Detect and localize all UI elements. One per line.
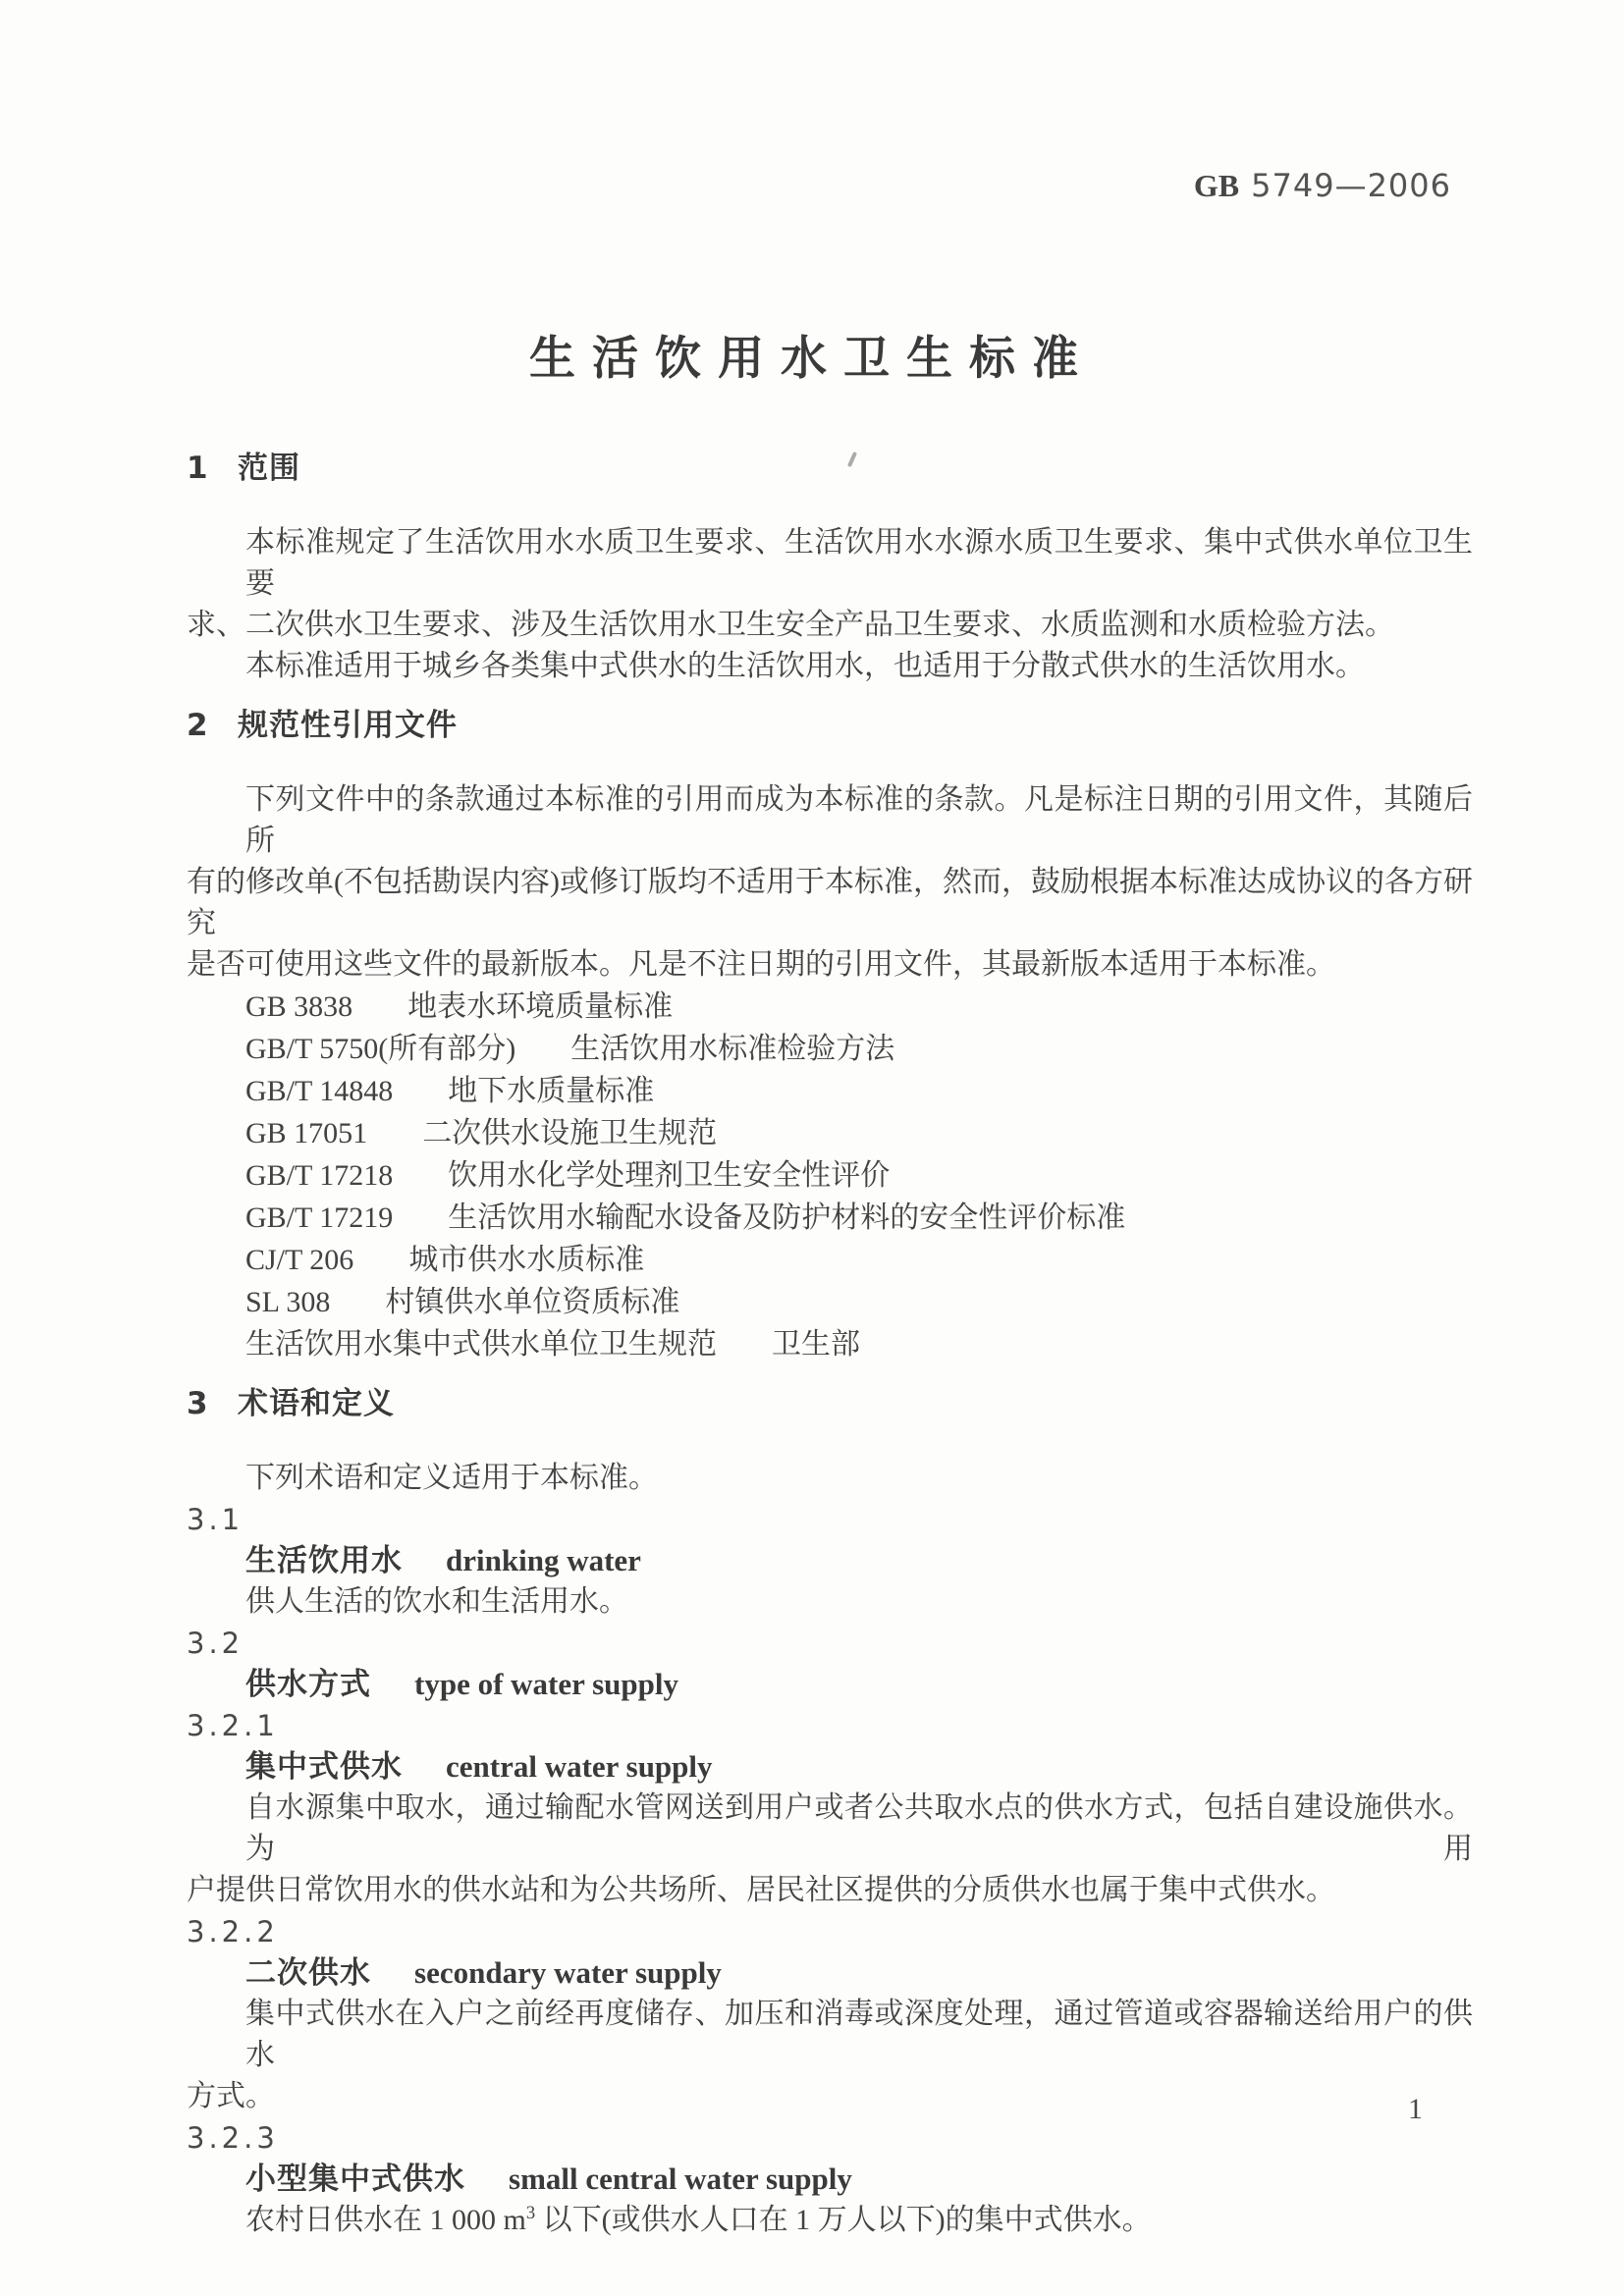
reference-item: CJ/T 206城市供水水质标准 <box>187 1239 1473 1281</box>
reference-name: 地下水质量标准 <box>448 1075 654 1107</box>
reference-code: 生活饮用水集中式供水单位卫生规范 <box>245 1328 717 1361</box>
reference-code: CJ/T 206 <box>245 1244 353 1276</box>
term-definition-heading: 二次供水secondary water supply <box>187 1952 1473 1994</box>
reference-code: GB/T 17219 <box>245 1201 393 1234</box>
reference-name: 二次供水设施卫生规范 <box>422 1117 717 1149</box>
reference-name: 城市供水水质标准 <box>408 1244 644 1276</box>
clause-number: 3.1 <box>187 1499 1473 1540</box>
reference-item: GB 3838地表水环境质量标准 <box>187 986 1473 1028</box>
clause-number: 3.2.2 <box>187 1911 1473 1952</box>
document-page: GB5749—2006 生活饮用水卫生标准 1范围本标准规定了生活饮用水水质卫生… <box>0 0 1624 2296</box>
superscript: 3 <box>526 2203 535 2223</box>
section-heading: 1范围 <box>187 448 1473 489</box>
reference-item: SL 308村镇供水单位资质标准 <box>187 1281 1473 1323</box>
section-title: 术语和定义 <box>238 1386 395 1421</box>
term-chinese: 生活饮用水 <box>245 1543 403 1578</box>
term-chinese: 二次供水 <box>245 1955 371 1991</box>
clause-number: 3.2.1 <box>187 1705 1473 1746</box>
clause-number: 3.2.3 <box>187 2117 1473 2159</box>
reference-item: GB 17051二次供水设施卫生规范 <box>187 1112 1473 1154</box>
paragraph-line: 集中式供水在入户之前经再度储存、加压和消毒或深度处理，通过管道或容器输送给用户的… <box>187 1994 1473 2076</box>
reference-code: GB 17051 <box>245 1117 367 1149</box>
term-chinese: 供水方式 <box>245 1667 371 1702</box>
section-heading: 2规范性引用文件 <box>187 705 1473 746</box>
paragraph-line: 下列术语和定义适用于本标准。 <box>187 1458 1473 1499</box>
term-definition-heading: 供水方式type of water supply <box>187 1664 1473 1705</box>
term-english: drinking water <box>446 1543 641 1577</box>
section-number: 3 <box>187 1383 238 1424</box>
reference-name: 地表水环境质量标准 <box>407 990 673 1023</box>
reference-code: GB 3838 <box>245 990 352 1023</box>
clause-number: 3.2 <box>187 1623 1473 1664</box>
paragraph-line: 户提供日常饮用水的供水站和为公共场所、居民社区提供的分质供水也属于集中式供水。 <box>187 1870 1473 1911</box>
reference-item: GB/T 17218饮用水化学处理剂卫生安全性评价 <box>187 1154 1473 1197</box>
term-chinese: 小型集中式供水 <box>245 2162 465 2197</box>
term-definition-heading: 集中式供水central water supply <box>187 1746 1473 1788</box>
reference-code: GB/T 17218 <box>245 1159 393 1192</box>
reference-name: 生活饮用水输配水设备及防护材料的安全性评价标准 <box>448 1201 1125 1234</box>
paragraph: 本标准规定了生活饮用水水质卫生要求、生活饮用水水源水质卫生要求、集中式供水单位卫… <box>187 522 1473 646</box>
reference-item: GB/T 5750(所有部分)生活饮用水标准检验方法 <box>187 1028 1473 1070</box>
paragraph-line: 下列文件中的条款通过本标准的引用而成为本标准的条款。凡是标注日期的引用文件，其随… <box>187 779 1473 862</box>
reference-name: 卫生部 <box>772 1328 860 1361</box>
paragraph-line: 农村日供水在 1 000 m3 以下(或供水人口在 1 万人以下)的集中式供水。 <box>187 2200 1473 2241</box>
paragraph-line: 本标准适用于城乡各类集中式供水的生活饮用水，也适用于分散式供水的生活饮用水。 <box>187 646 1473 687</box>
paragraph-line: 自水源集中取水，通过输配水管网送到用户或者公共取水点的供水方式，包括自建设施供水… <box>187 1788 1473 1870</box>
reference-code: GB/T 14848 <box>245 1075 393 1107</box>
reference-code: SL 308 <box>245 1286 330 1318</box>
section-number: 1 <box>187 448 238 489</box>
paragraph-line: 求、二次供水卫生要求、涉及生活饮用水卫生安全产品卫生要求、水质监测和水质检验方法… <box>187 605 1473 646</box>
doc-code-number: 5749—2006 <box>1251 167 1451 204</box>
term-definition-heading: 生活饮用水drinking water <box>187 1540 1473 1581</box>
paragraph-line: 供人生活的饮水和生活用水。 <box>187 1581 1473 1623</box>
term-english: central water supply <box>446 1749 713 1784</box>
page-number: 1 <box>1408 2093 1423 2126</box>
section-number: 2 <box>187 705 238 746</box>
section-heading: 3术语和定义 <box>187 1383 1473 1424</box>
paragraph: 集中式供水在入户之前经再度储存、加压和消毒或深度处理，通过管道或容器输送给用户的… <box>187 1994 1473 2117</box>
paragraph-line: 有的修改单(不包括勘误内容)或修订版均不适用于本标准，然而，鼓励根据本标准达成协… <box>187 862 1473 944</box>
reference-item: GB/T 14848地下水质量标准 <box>187 1070 1473 1112</box>
reference-item: 生活饮用水集中式供水单位卫生规范卫生部 <box>187 1323 1473 1365</box>
reference-name: 饮用水化学处理剂卫生安全性评价 <box>448 1159 890 1192</box>
paragraph: 下列术语和定义适用于本标准。 <box>187 1458 1473 1499</box>
reference-name: 生活饮用水标准检验方法 <box>570 1033 894 1065</box>
paragraph: 下列文件中的条款通过本标准的引用而成为本标准的条款。凡是标注日期的引用文件，其随… <box>187 779 1473 986</box>
section-title: 范围 <box>238 451 300 486</box>
paragraph: 农村日供水在 1 000 m3 以下(或供水人口在 1 万人以下)的集中式供水。 <box>187 2200 1473 2241</box>
term-definition-heading: 小型集中式供水small central water supply <box>187 2159 1473 2200</box>
document-body: 1范围本标准规定了生活饮用水水质卫生要求、生活饮用水水源水质卫生要求、集中式供水… <box>187 430 1473 2241</box>
paragraph: 供人生活的饮水和生活用水。 <box>187 1581 1473 1623</box>
paragraph: 本标准适用于城乡各类集中式供水的生活饮用水，也适用于分散式供水的生活饮用水。 <box>187 646 1473 687</box>
document-title: 生活饮用水卫生标准 <box>0 322 1624 388</box>
term-chinese: 集中式供水 <box>245 1749 403 1785</box>
reference-name: 村镇供水单位资质标准 <box>385 1286 679 1318</box>
doc-code: GB5749—2006 <box>1194 167 1451 204</box>
term-english: small central water supply <box>509 2162 852 2196</box>
section-title: 规范性引用文件 <box>238 708 458 743</box>
term-english: secondary water supply <box>414 1955 722 1990</box>
paragraph: 自水源集中取水，通过输配水管网送到用户或者公共取水点的供水方式，包括自建设施供水… <box>187 1788 1473 1911</box>
term-english: type of water supply <box>414 1667 678 1701</box>
paragraph-line: 方式。 <box>187 2076 1473 2117</box>
doc-code-prefix: GB <box>1194 168 1239 203</box>
paragraph-line: 本标准规定了生活饮用水水质卫生要求、生活饮用水水源水质卫生要求、集中式供水单位卫… <box>187 522 1473 605</box>
paragraph-line: 是否可使用这些文件的最新版本。凡是不注日期的引用文件，其最新版本适用于本标准。 <box>187 944 1473 986</box>
reference-item: GB/T 17219生活饮用水输配水设备及防护材料的安全性评价标准 <box>187 1197 1473 1239</box>
reference-code: GB/T 5750(所有部分) <box>245 1033 515 1065</box>
